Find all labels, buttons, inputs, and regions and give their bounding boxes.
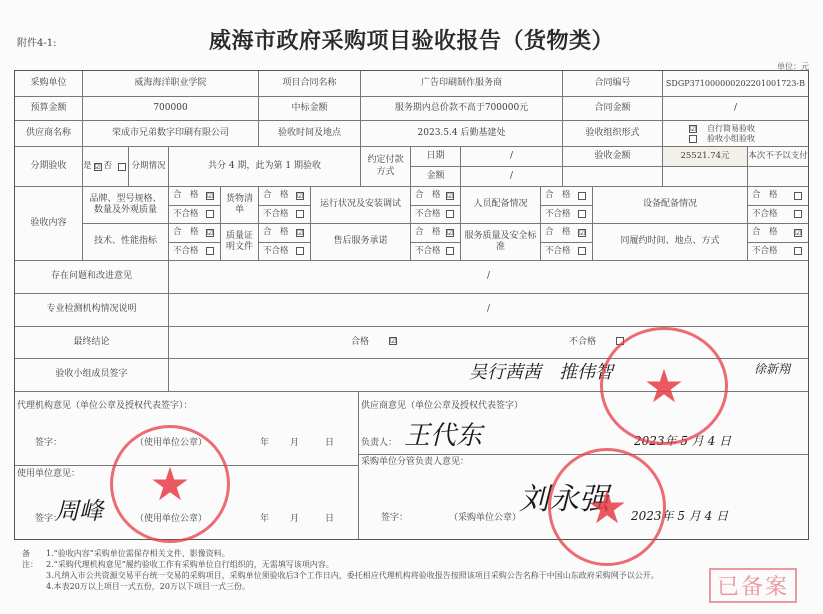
payment-date-value: / <box>461 147 563 167</box>
contract-no-label: 合同编号 <box>563 71 663 97</box>
no-label: 否 <box>104 161 113 172</box>
agency-month: 月 <box>290 438 299 449</box>
conclusion-value: 合格 ☑ 不合格 <box>169 327 808 359</box>
checkbox-pass[interactable]: ☑ <box>446 192 454 200</box>
pass-label: 合 格 <box>752 227 778 238</box>
option-label: 自行简易验收 <box>707 124 755 133</box>
user-unit-year: 年 <box>260 514 269 525</box>
checkbox-fail[interactable] <box>794 247 802 255</box>
accept-amount-value: 25521.74元 <box>663 147 748 167</box>
content-pass-option[interactable]: 合 格☑ <box>169 224 221 243</box>
purchaser-leader-seal-label: （采购单位公章） <box>449 513 521 524</box>
payment-note: 本次不予以支付 <box>748 147 808 167</box>
supplier-person-label: 负责人： <box>361 438 397 449</box>
agency-year: 年 <box>260 438 269 449</box>
option-label: 验收小组验收 <box>707 134 755 143</box>
content-item-name: 服务质量及安全标准 <box>461 224 541 261</box>
checkbox-fail[interactable] <box>578 247 586 255</box>
pass-label: 合 格 <box>415 190 441 201</box>
member-signature-3: 徐新翔 <box>754 362 790 377</box>
conclusion-fail[interactable]: 不合格 <box>569 337 626 348</box>
supplier-label: 供应商名称 <box>15 121 83 147</box>
pass-label: 合 格 <box>263 190 289 201</box>
note-item: 4.本表20万以上项目一式五份，20万以下项目一式三份。 <box>46 581 823 592</box>
checkbox-fail[interactable] <box>206 210 214 218</box>
supplier-opinion-date: 2023年 5 月 4 日 <box>634 434 731 449</box>
checkbox-fail[interactable] <box>616 337 624 345</box>
page-title: 威海市政府采购项目验收报告（货物类） <box>0 24 823 55</box>
yes-label: 是 <box>83 161 92 172</box>
agency-label: 代理机构意见（单位公章及授权代表签字）： <box>17 401 193 412</box>
checkbox-pass[interactable]: ☑ <box>206 192 214 200</box>
checkbox-fail[interactable] <box>296 210 304 218</box>
content-pass-option[interactable]: 合 格☑ <box>541 224 593 243</box>
org-form-option-self[interactable]: ☑ 自行简易验收 <box>687 124 755 134</box>
agency-day: 日 <box>325 438 334 449</box>
content-fail-option[interactable]: 不合格 <box>748 206 808 225</box>
members-signatures: 吴行茜茜 推伟智 徐新翔 <box>169 359 808 392</box>
installment-situation-value: 共分 4 期，此为第 1 期验收 <box>169 147 361 187</box>
checkbox-pass[interactable]: ☑ <box>296 192 304 200</box>
inspection-value: / <box>169 294 808 327</box>
content-item-name: 运行状况及安装调试 <box>311 187 411 224</box>
purchaser-leader-date: 2023年 5 月 4 日 <box>631 509 728 524</box>
content-item-name: 质量证明文件 <box>221 224 259 261</box>
fail-label: 不合格 <box>752 209 778 220</box>
payment-date-label: 日期 <box>411 147 461 167</box>
member-signature-2: 推伟智 <box>559 362 613 385</box>
empty-cell <box>563 167 663 187</box>
user-unit-seal-label: （使用单位公章） <box>135 514 207 525</box>
content-fail-option[interactable]: 不合格 <box>411 206 461 225</box>
purchaser-leader-signature: 刘永强 <box>519 481 609 519</box>
notes-label: 备注： <box>22 548 38 570</box>
inspection-label: 专业检测机构情况说明 <box>15 294 169 327</box>
accept-amount-label: 验收金额 <box>563 147 663 167</box>
note-item: 1.“验收内容”采购单位需保存相关文件、影像资料。 <box>46 548 823 559</box>
user-unit-opinion: 使用单位意见： 签字： 周峰 （使用单位公章） 年 月 日 <box>15 466 359 539</box>
checkbox-pass[interactable]: ☑ <box>389 337 397 345</box>
note-item: 2.“采购代理机构意见”履约验收工作有采购单位自行组织的，无需填写该项内容。 <box>46 559 823 570</box>
contract-name-label: 项目合同名称 <box>259 71 361 97</box>
content-pass-option[interactable]: 合 格☑ <box>411 224 461 243</box>
fail-label: 不合格 <box>263 246 289 257</box>
content-label: 验收内容 <box>15 187 83 261</box>
checkbox-fail[interactable] <box>206 247 214 255</box>
bid-amount-value: 服务期内总价款不高于700000元 <box>361 97 563 121</box>
agency-opinion: 代理机构意见（单位公章及授权代表签字）： 签字： （使用单位公章） 年 月 日 <box>15 392 359 465</box>
time-place-value: 2023.5.4 后勤基建处 <box>361 121 563 147</box>
user-unit-day: 日 <box>325 514 334 525</box>
fail-label: 不合格 <box>263 209 289 220</box>
members-label: 验收小组成员签字 <box>15 359 169 392</box>
checkbox-no[interactable] <box>118 163 126 171</box>
content-fail-option[interactable]: 不合格 <box>259 206 311 225</box>
checkbox-pass[interactable]: ☑ <box>794 229 802 237</box>
content-item-name: 设备配备情况 <box>593 187 748 224</box>
content-fail-option[interactable]: 不合格 <box>541 206 593 225</box>
time-place-label: 验收时间及地点 <box>259 121 361 147</box>
purchaser-leader-sign-label: 签字： <box>381 513 408 524</box>
filed-stamp: 已备案 <box>709 568 797 603</box>
contract-no-value: SDGP371000000202201001723-B <box>663 71 808 97</box>
pass-label: 合 格 <box>263 227 289 238</box>
content-item-name: 技术、性能指标 <box>83 224 169 261</box>
purchaser-value: 威海海洋职业学院 <box>83 71 259 97</box>
pass-label: 合 格 <box>173 190 199 201</box>
content-item-name: 同履约时间、地点、方式 <box>593 224 748 261</box>
conclusion-pass[interactable]: 合格 ☑ <box>351 337 399 348</box>
payment-amount-value: / <box>461 167 563 187</box>
agency-seal-label: （使用单位公章） <box>135 438 207 449</box>
content-fail-option[interactable]: 不合格 <box>748 243 808 262</box>
user-unit-month: 月 <box>290 514 299 525</box>
checkbox-fail[interactable] <box>296 247 304 255</box>
empty-cell <box>663 167 748 187</box>
issues-label: 存在问题和改进意见 <box>15 261 169 294</box>
content-fail-option[interactable]: 不合格 <box>259 243 311 262</box>
bid-amount-label: 中标金额 <box>259 97 361 121</box>
payment-method-label: 约定付款方式 <box>361 147 411 187</box>
content-pass-option[interactable]: 合 格☑ <box>259 224 311 243</box>
fail-label: 不合格 <box>173 209 199 220</box>
checkbox-group-acceptance[interactable] <box>689 135 697 143</box>
supplier-person-signature: 王代东 <box>404 420 482 453</box>
content-item-name: 售后服务承诺 <box>311 224 411 261</box>
content-fail-option[interactable]: 不合格 <box>169 206 221 225</box>
budget-value: 700000 <box>83 97 259 121</box>
checkbox-pass[interactable]: ☑ <box>206 229 214 237</box>
fail-label: 不合格 <box>752 246 778 257</box>
checkbox-pass[interactable]: ☑ <box>578 229 586 237</box>
content-pass-option[interactable]: 合 格☑ <box>169 187 221 206</box>
content-pass-option[interactable]: 合 格☑ <box>411 187 461 206</box>
user-unit-signature: 周峰 <box>55 496 103 526</box>
user-unit-label: 使用单位意见： <box>17 469 80 480</box>
fail-label: 不合格 <box>415 246 441 257</box>
empty-cell <box>748 167 808 187</box>
checkbox-pass[interactable]: ☑ <box>296 229 304 237</box>
pass-label: 合 格 <box>752 190 778 201</box>
checkbox-fail[interactable] <box>794 210 802 218</box>
member-signature-1: 吴行茜茜 <box>469 362 541 385</box>
content-pass-option[interactable]: 合 格 <box>748 187 808 206</box>
installment-label: 分期验收 <box>15 147 83 187</box>
contract-name-value: 广告印刷制作服务商 <box>361 71 563 97</box>
content-fail-option[interactable]: 不合格 <box>541 243 593 262</box>
content-pass-option[interactable]: 合 格☑ <box>259 187 311 206</box>
checkbox-yes[interactable]: ☑ <box>94 163 102 171</box>
installment-yes-no: 是☑否 <box>83 147 129 187</box>
fail-label: 不合格 <box>569 337 596 347</box>
pass-label: 合格 <box>351 337 369 347</box>
pass-label: 合 格 <box>415 227 441 238</box>
agency-sign-label: 签字： <box>35 438 62 449</box>
supplier-opinion: 供应商意见（单位公章及授权代表签字） 负责人： 王代东 2023年 5 月 4 … <box>359 392 808 454</box>
pass-label: 合 格 <box>545 190 571 201</box>
checkbox-fail[interactable] <box>446 247 454 255</box>
issues-value: / <box>169 261 808 294</box>
content-pass-option[interactable]: 合 格 <box>541 187 593 206</box>
org-form-label: 验收组织形式 <box>563 121 663 147</box>
purchaser-label: 采购单位 <box>15 71 83 97</box>
checkbox-pass[interactable] <box>794 192 802 200</box>
payment-amount-label: 金额 <box>411 167 461 187</box>
content-item-name: 货物清单 <box>221 187 259 224</box>
content-item-name: 品牌、型号规格、数量及外观质量 <box>83 187 169 224</box>
purchaser-leader-label: 采购单位分管负责人意见： <box>361 457 469 468</box>
contract-amount-value: / <box>663 97 808 121</box>
fail-label: 不合格 <box>415 209 441 220</box>
content-fail-option[interactable]: 不合格 <box>169 243 221 262</box>
content-pass-option[interactable]: 合 格☑ <box>748 224 808 243</box>
content-fail-option[interactable]: 不合格 <box>411 243 461 262</box>
supplier-value: 荣成市兄弟数字印刷有限公司 <box>83 121 259 147</box>
supplier-opinion-label: 供应商意见（单位公章及授权代表签字） <box>361 401 523 412</box>
checkbox-pass[interactable]: ☑ <box>446 229 454 237</box>
budget-label: 预算金额 <box>15 97 83 121</box>
contract-amount-label: 合同金额 <box>563 97 663 121</box>
pass-label: 合 格 <box>173 227 199 238</box>
checkbox-fail[interactable] <box>578 210 586 218</box>
fail-label: 不合格 <box>545 246 571 257</box>
note-item: 3.凡纳入市公共资源交易平台统一交易的采购项目，采购单位须验收后3个工作日内，委… <box>46 570 823 581</box>
checkbox-fail[interactable] <box>446 210 454 218</box>
installment-situation-label: 分期情况 <box>129 147 169 187</box>
purchaser-leader-opinion: 采购单位分管负责人意见： 签字： （采购单位公章） 刘永强 2023年 5 月 … <box>359 455 808 539</box>
org-form-options: ☑ 自行简易验收 验收小组验收 <box>663 121 808 147</box>
pass-label: 合 格 <box>545 227 571 238</box>
fail-label: 不合格 <box>545 209 571 220</box>
fail-label: 不合格 <box>173 246 199 257</box>
conclusion-label: 最终结论 <box>15 327 169 359</box>
acceptance-table: 采购单位 威海海洋职业学院 项目合同名称 广告印刷制作服务商 合同编号 SDGP… <box>14 70 809 540</box>
org-form-option-group[interactable]: 验收小组验收 <box>687 134 755 144</box>
content-item-name: 人员配备情况 <box>461 187 541 224</box>
checkbox-pass[interactable] <box>578 192 586 200</box>
checkbox-self-acceptance[interactable]: ☑ <box>689 125 697 133</box>
